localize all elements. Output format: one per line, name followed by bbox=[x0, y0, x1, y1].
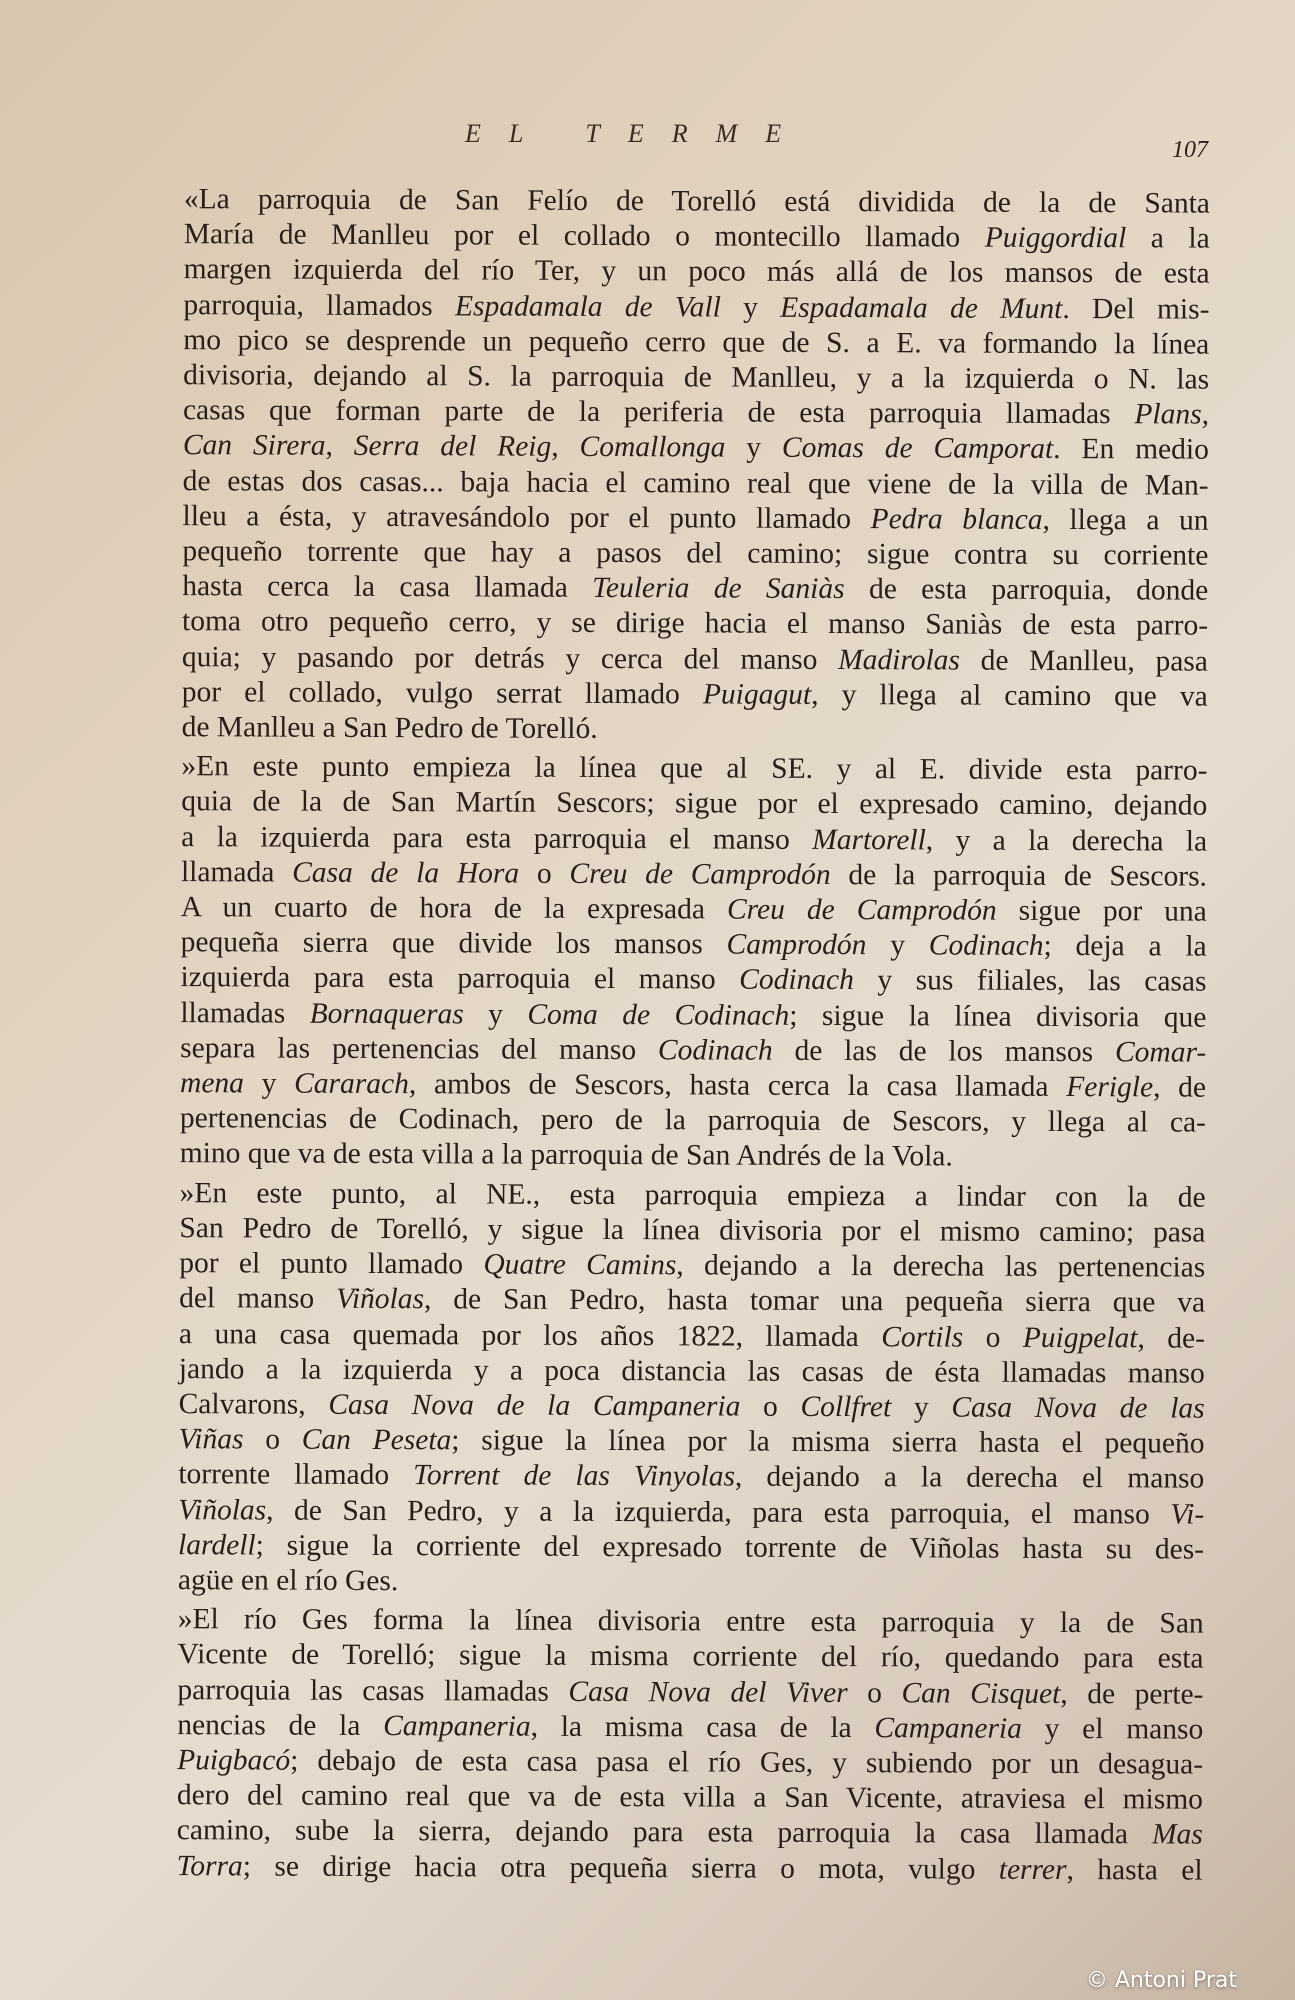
text-line: Puigbacó; debajo de esta casa pasa el rí… bbox=[141, 1743, 1203, 1783]
text-line: pequeña sierra que divide los mansos Cam… bbox=[145, 925, 1207, 965]
page-header: EL TERME 107 bbox=[0, 115, 1295, 165]
text-line: nencias de la Campaneria, la misma casa … bbox=[141, 1708, 1203, 1748]
paragraph: »En este punto, al NE., esta parroquia e… bbox=[142, 1176, 1206, 1603]
text-line: »En este punto, al NE., esta parroquia e… bbox=[144, 1176, 1206, 1216]
text-line: de estas dos casas... baja hacia el cami… bbox=[147, 464, 1209, 504]
text-line: de Manlleu a San Pedro de Torelló. bbox=[146, 710, 1208, 750]
text-line: margen izquierda del río Ter, y un poco … bbox=[148, 252, 1210, 292]
text-line: pequeño torrente que hay a pasos del cam… bbox=[146, 534, 1208, 574]
text-line: jando a la izquierda y a poca distancia … bbox=[143, 1352, 1205, 1392]
text-line: »En este punto empieza la línea que al S… bbox=[145, 749, 1207, 789]
text-line: izquierda para esta parroquia el manso C… bbox=[144, 960, 1206, 1000]
body-text: «La parroquia de San Felío de Torelló es… bbox=[141, 182, 1210, 1892]
text-line: llamadas Bornaqueras y Coma de Codinach;… bbox=[144, 996, 1206, 1036]
text-line: casas que forman parte de la periferia d… bbox=[147, 393, 1209, 433]
text-line: camino, sube la sierra, dejando para est… bbox=[141, 1813, 1203, 1853]
paragraph: »El río Ges forma la línea divisoria ent… bbox=[141, 1602, 1204, 1888]
text-line: parroquia, llamados Espadamala de Vall y… bbox=[147, 288, 1209, 328]
text-line: llamada Casa de la Hora o Creu de Campro… bbox=[145, 855, 1207, 895]
text-line: separa las pertenencias del manso Codina… bbox=[144, 1031, 1206, 1071]
text-line: divisoria, dejando al S. la parroquia de… bbox=[147, 358, 1209, 398]
paragraph: »En este punto empieza la línea que al S… bbox=[144, 749, 1208, 1176]
text-line: parroquia las casas llamadas Casa Nova d… bbox=[141, 1673, 1203, 1713]
text-line: mena y Cararach, ambos de Sescors, hasta… bbox=[144, 1066, 1206, 1106]
text-line: Viñolas, de San Pedro, y a la izquierda,… bbox=[142, 1493, 1204, 1533]
text-line: A un cuarto de hora de la expresada Creu… bbox=[145, 890, 1207, 930]
text-line: San Pedro de Torelló, y sigue la línea d… bbox=[143, 1211, 1205, 1251]
text-line: por el collado, vulgo serrat llamado Pui… bbox=[146, 675, 1208, 715]
text-line: a la izquierda para esta parroquia el ma… bbox=[145, 820, 1207, 860]
text-line: por el punto llamado Quatre Camins, deja… bbox=[143, 1246, 1205, 1286]
text-line: »El río Ges forma la línea divisoria ent… bbox=[142, 1602, 1204, 1642]
text-line: Calvarons, Casa Nova de la Campaneria o … bbox=[143, 1387, 1205, 1427]
text-line: hasta cerca la casa llamada Teuleria de … bbox=[146, 569, 1208, 609]
running-title: EL TERME bbox=[465, 119, 809, 149]
text-line: pertenencias de Codinach, pero de la par… bbox=[144, 1101, 1206, 1141]
text-line: torrente llamado Torrent de las Vinyolas… bbox=[142, 1457, 1204, 1497]
paragraph: «La parroquia de San Felío de Torelló es… bbox=[146, 182, 1210, 750]
text-line: María de Manlleu por el collado o montec… bbox=[148, 217, 1210, 257]
text-line: Torra; se dirige hacia otra pequeña sier… bbox=[141, 1849, 1203, 1889]
text-line: Can Sirera, Serra del Reig, Comallonga y… bbox=[147, 428, 1209, 468]
text-line: toma otro pequeño cerro, y se dirige hac… bbox=[146, 604, 1208, 644]
text-line: lardell; sigue la corriente del expresad… bbox=[142, 1528, 1204, 1568]
text-line: a una casa quemada por los años 1822, ll… bbox=[143, 1316, 1205, 1356]
text-line: Viñas o Can Peseta; sigue la línea por l… bbox=[142, 1422, 1204, 1462]
text-line: Vicente de Torelló; sigue la misma corri… bbox=[141, 1637, 1203, 1677]
copyright-watermark: © Antoni Prat bbox=[1086, 1968, 1237, 1993]
text-line: agüe en el río Ges. bbox=[142, 1563, 1204, 1603]
page-number: 107 bbox=[1172, 137, 1208, 164]
book-page: EL TERME 107 «La parroquia de San Felío … bbox=[0, 0, 1295, 2000]
text-line: «La parroquia de San Felío de Torelló es… bbox=[148, 182, 1210, 222]
text-line: lleu a ésta, y atravesándolo por el punt… bbox=[146, 499, 1208, 539]
text-line: mo pico se desprende un pequeño cerro qu… bbox=[147, 323, 1209, 363]
text-line: quia; y pasando por detrás y cerca del m… bbox=[146, 640, 1208, 680]
text-line: mino que va de esta villa a la parroquia… bbox=[144, 1136, 1206, 1176]
text-line: del manso Viñolas, de San Pedro, hasta t… bbox=[143, 1281, 1205, 1321]
text-line: quia de la de San Martín Sescors; sigue … bbox=[145, 784, 1207, 824]
text-line: dero del camino real que va de esta vill… bbox=[141, 1778, 1203, 1818]
